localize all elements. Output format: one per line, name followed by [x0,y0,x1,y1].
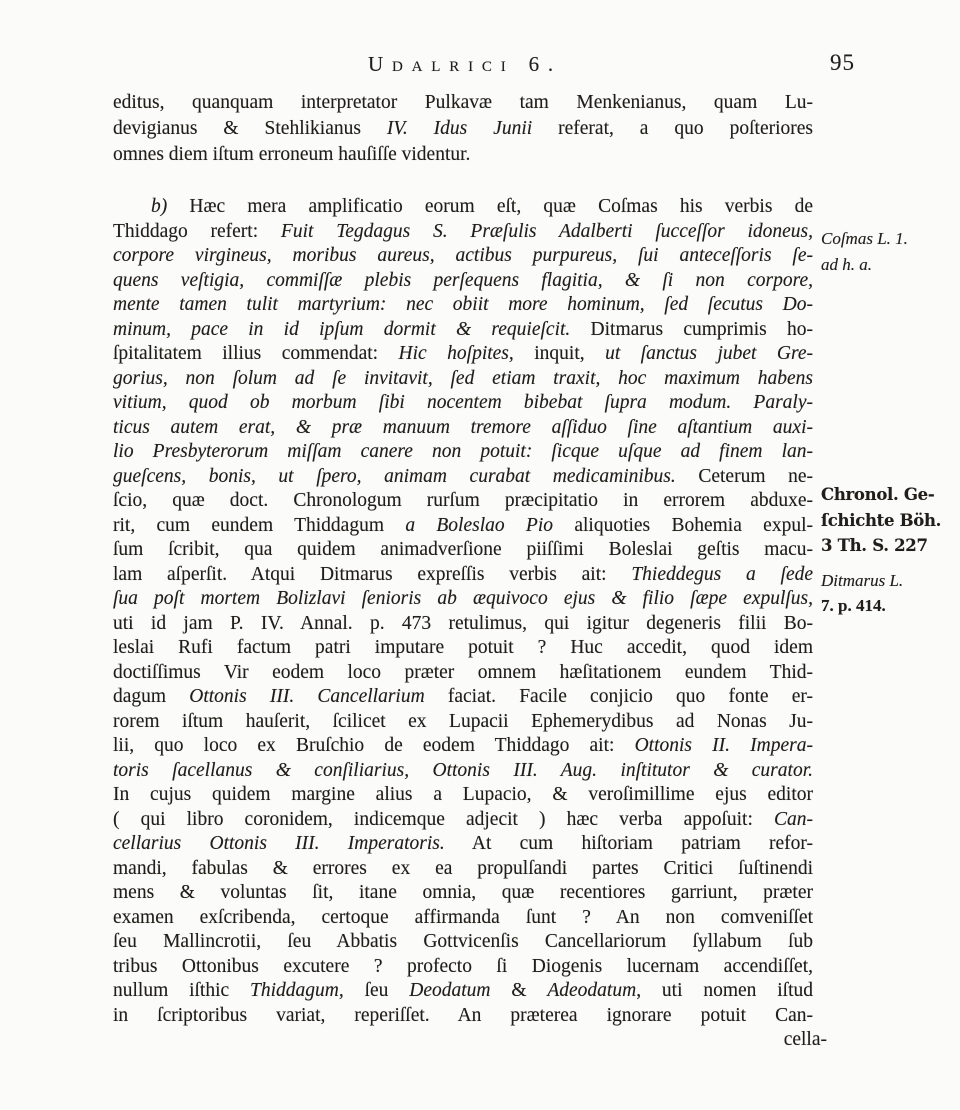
text-line: mente tamen tulit martyrium: nec obiit m… [113,293,813,318]
margin-note: Ditmarus L.7. p. 414. [821,568,959,619]
text-line: gueſcens, bonis, ut ſpero, animam curaba… [113,465,813,490]
margin-note-line: Chronol. Ge- [821,482,959,508]
text-line: devigianus & Stehlikianus IV. Idus Junii… [113,116,813,142]
text-line: rit, cum eundem Thiddagum a Boleslao Pio… [113,514,813,539]
margin-note: Coſmas L. 1.ad h. a. [821,226,959,277]
text-line: corpore virgineus, moribus aureus, actib… [113,244,813,269]
roman-text: Ceterum ne- [676,466,813,487]
text-line: rorem iſtum hauſerit, ſcilicet ex Lupaci… [113,710,813,735]
roman-text: editus, quanquam interpretator Pulkavæ t… [113,92,813,113]
italic-text: b) [151,196,167,217]
book-page-scan: Udalrici 6. 95 editus, quanquam interpre… [0,0,960,1110]
roman-text: , uti nomen iſtud [636,980,813,1001]
roman-text: ſcio, quæ doct. Chronologum rurſum præci… [113,490,813,511]
italic-text: toris ſacellanus & conſiliarius, Ottonis… [113,760,813,781]
italic-text: mente tamen tulit martyrium: nec obiit m… [113,294,813,315]
running-head: Udalrici 6. [0,52,930,77]
text-line: ſeu Mallincrotii, ſeu Abbatis Gottvicenſ… [113,930,813,955]
text-line: leslai Rufi factum patri imputare potuit… [113,636,813,661]
text-line: ( qui libro coronidem, indicemque adjeci… [113,808,813,833]
italic-text: quens veſtigia, commiſſæ plebis perſeque… [113,270,813,291]
text-line: minum, pace in id ipſum dormit & requieſ… [113,318,813,343]
roman-text: nullum iſthic [113,980,250,1001]
italic-text: a Boleslao Pio [405,515,553,536]
roman-text: aliquoties Bohemia expul- [553,515,813,536]
roman-text: examen exſcribenda, certoque affirmanda … [113,907,813,928]
text-line: vitium, quod ob morbum ſibi nocentem bib… [113,391,813,416]
roman-text: doctiſſimus Vir eodem loco præter omnem … [113,662,813,683]
text-line: Thiddago refert: Fuit Tegdagus S. Præſul… [113,220,813,245]
text-line: gorius, non ſolum ad ſe invitavit, ſed e… [113,367,813,392]
roman-text: ſum ſcribit, qua quidem animadverſione p… [113,539,813,560]
margin-note-line: ſchichte Böh. [821,508,959,534]
margin-note-line: 7. p. 414. [821,593,959,619]
italic-text: corpore virgineus, moribus aureus, actib… [113,245,813,266]
paragraph-intro: editus, quanquam interpretator Pulkavæ t… [113,90,813,168]
text-line: cellarius Ottonis III. Imperatoris. At c… [113,832,813,857]
text-line: doctiſſimus Vir eodem loco præter omnem … [113,661,813,686]
margin-note-line: ad h. a. [821,252,959,278]
italic-text: Ottonis III. Cancellarium [189,686,424,707]
roman-text: In cujus quidem margine alius a Lupacio,… [113,784,813,805]
text-line: mandi, fabulas & errores ex ea propulſan… [113,857,813,882]
italic-text: vitium, quod ob morbum ſibi nocentem bib… [113,392,813,413]
text-line: toris ſacellanus & conſiliarius, Ottonis… [113,759,813,784]
margin-note-line: Ditmarus L. [821,568,959,594]
text-line: ſpitalitatem illius commendat: Hic hoſpi… [113,342,813,367]
roman-text: ſeu Mallincrotii, ſeu Abbatis Gottvicenſ… [113,931,813,952]
italic-text: Can- [774,809,813,830]
roman-text: referat, a quo poſteriores [532,118,813,139]
italic-text: gorius, non ſolum ad ſe invitavit, ſed e… [113,368,813,389]
roman-text: & [491,980,548,1001]
italic-text: ſua poſt mortem Bolizlavi ſenioris ab æq… [113,588,813,609]
text-line: ſua poſt mortem Bolizlavi ſenioris ab æq… [113,587,813,612]
italic-text: Fuit Tegdagus S. Præſulis Adalberti ſucc… [281,221,813,242]
text-line: uti id jam P. IV. Annal. p. 473 retulimu… [113,612,813,637]
italic-text: ut ſanctus jubet Gre- [605,343,813,364]
italic-text: lio Presbyterorum miſſam canere non potu… [113,441,813,462]
roman-text: inquit, [514,343,605,364]
roman-text: ſpitalitatem illius commendat: [113,343,399,364]
roman-text: devigianus & Stehlikianus [113,118,387,139]
text-line: editus, quanquam interpretator Pulkavæ t… [113,90,813,116]
text-line: lii, quo loco ex Bruſchio de eodem Thidd… [113,734,813,759]
text-line: lio Presbyterorum miſſam canere non potu… [113,440,813,465]
text-line: lam aſperſit. Atqui Ditmarus expreſſis v… [113,563,813,588]
text-line: ſcio, quæ doct. Chronologum rurſum præci… [113,489,813,514]
text-line: in ſcriptoribus variat, reperiſſet. An p… [113,1004,813,1029]
roman-text: omnes diem iſtum erroneum hauſiſſe viden… [113,144,470,165]
italic-text: Thieddegus a ſede [631,564,813,585]
roman-text: Thiddago refert: [113,221,281,242]
margin-note-line: Coſmas L. 1. [821,226,959,252]
body-text: editus, quanquam interpretator Pulkavæ t… [113,90,813,1053]
roman-text: in ſcriptoribus variat, reperiſſet. An p… [113,1005,813,1026]
roman-text: tribus Ottonibus excutere ? profecto ſi … [113,956,813,977]
roman-text: lii, quo loco ex Bruſchio de eodem Thidd… [113,735,635,756]
italic-text: ticus autem erat, & præ manuum tremore a… [113,417,813,438]
italic-text: Adeodatum [547,980,636,1001]
page-number: 95 [830,50,855,76]
italic-text: Thiddagum, [250,980,344,1001]
italic-text: IV. Idus Junii [387,118,532,139]
roman-text: ( qui libro coronidem, indicemque adjeci… [113,809,774,830]
text-line: quens veſtigia, commiſſæ plebis perſeque… [113,269,813,294]
text-line: ticus autem erat, & præ manuum tremore a… [113,416,813,441]
roman-text: ſeu [344,980,410,1001]
roman-text: rit, cum eundem Thiddagum [113,515,405,536]
text-line: b) Hæc mera amplificatio eorum eſt, quæ … [113,195,813,220]
roman-text: Ditmarus cumprimis ho- [570,319,813,340]
roman-text: mandi, fabulas & errores ex ea propulſan… [113,858,813,879]
italic-text: minum, pace in id ipſum dormit & requieſ… [113,319,570,340]
roman-text: lam aſperſit. Atqui Ditmarus expreſſis v… [113,564,631,585]
roman-text: leslai Rufi factum patri imputare potuit… [113,637,813,658]
text-line: omnes diem iſtum erroneum hauſiſſe viden… [113,142,813,168]
italic-text: Hic hoſpites, [399,343,514,364]
text-line: dagum Ottonis III. Cancellarium faciat. … [113,685,813,710]
italic-text: Ottonis II. Impera- [635,735,813,756]
roman-text: rorem iſtum hauſerit, ſcilicet ex Lupaci… [113,711,813,732]
italic-text: cellarius Ottonis III. Imperatoris. [113,833,445,854]
roman-text: faciat. Facile conjicio quo fonte er- [425,686,813,707]
margin-note-line: 3 Th. S. 227 [821,533,959,559]
roman-text: Hæc mera amplificatio eorum eſt, quæ Coſ… [167,196,813,217]
italic-text: gueſcens, bonis, ut ſpero, animam curaba… [113,466,676,487]
margin-note: Chronol. Ge-ſchichte Böh.3 Th. S. 227 [821,482,959,559]
paragraph-note-b: b) Hæc mera amplificatio eorum eſt, quæ … [113,195,813,1028]
catchword: cella- [113,1028,827,1053]
text-line: nullum iſthic Thiddagum, ſeu Deodatum & … [113,979,813,1004]
roman-text: dagum [113,686,189,707]
text-line: In cujus quidem margine alius a Lupacio,… [113,783,813,808]
text-line: tribus Ottonibus excutere ? profecto ſi … [113,955,813,980]
text-line: examen exſcribenda, certoque affirmanda … [113,906,813,931]
roman-text: mens & voluntas ſit, itane omnia, quæ re… [113,882,813,903]
text-line: mens & voluntas ſit, itane omnia, quæ re… [113,881,813,906]
text-line: ſum ſcribit, qua quidem animadverſione p… [113,538,813,563]
italic-text: Deodatum [409,980,490,1001]
roman-text: At cum hiſtoriam patriam refor- [445,833,813,854]
roman-text: uti id jam P. IV. Annal. p. 473 retulimu… [113,613,813,634]
